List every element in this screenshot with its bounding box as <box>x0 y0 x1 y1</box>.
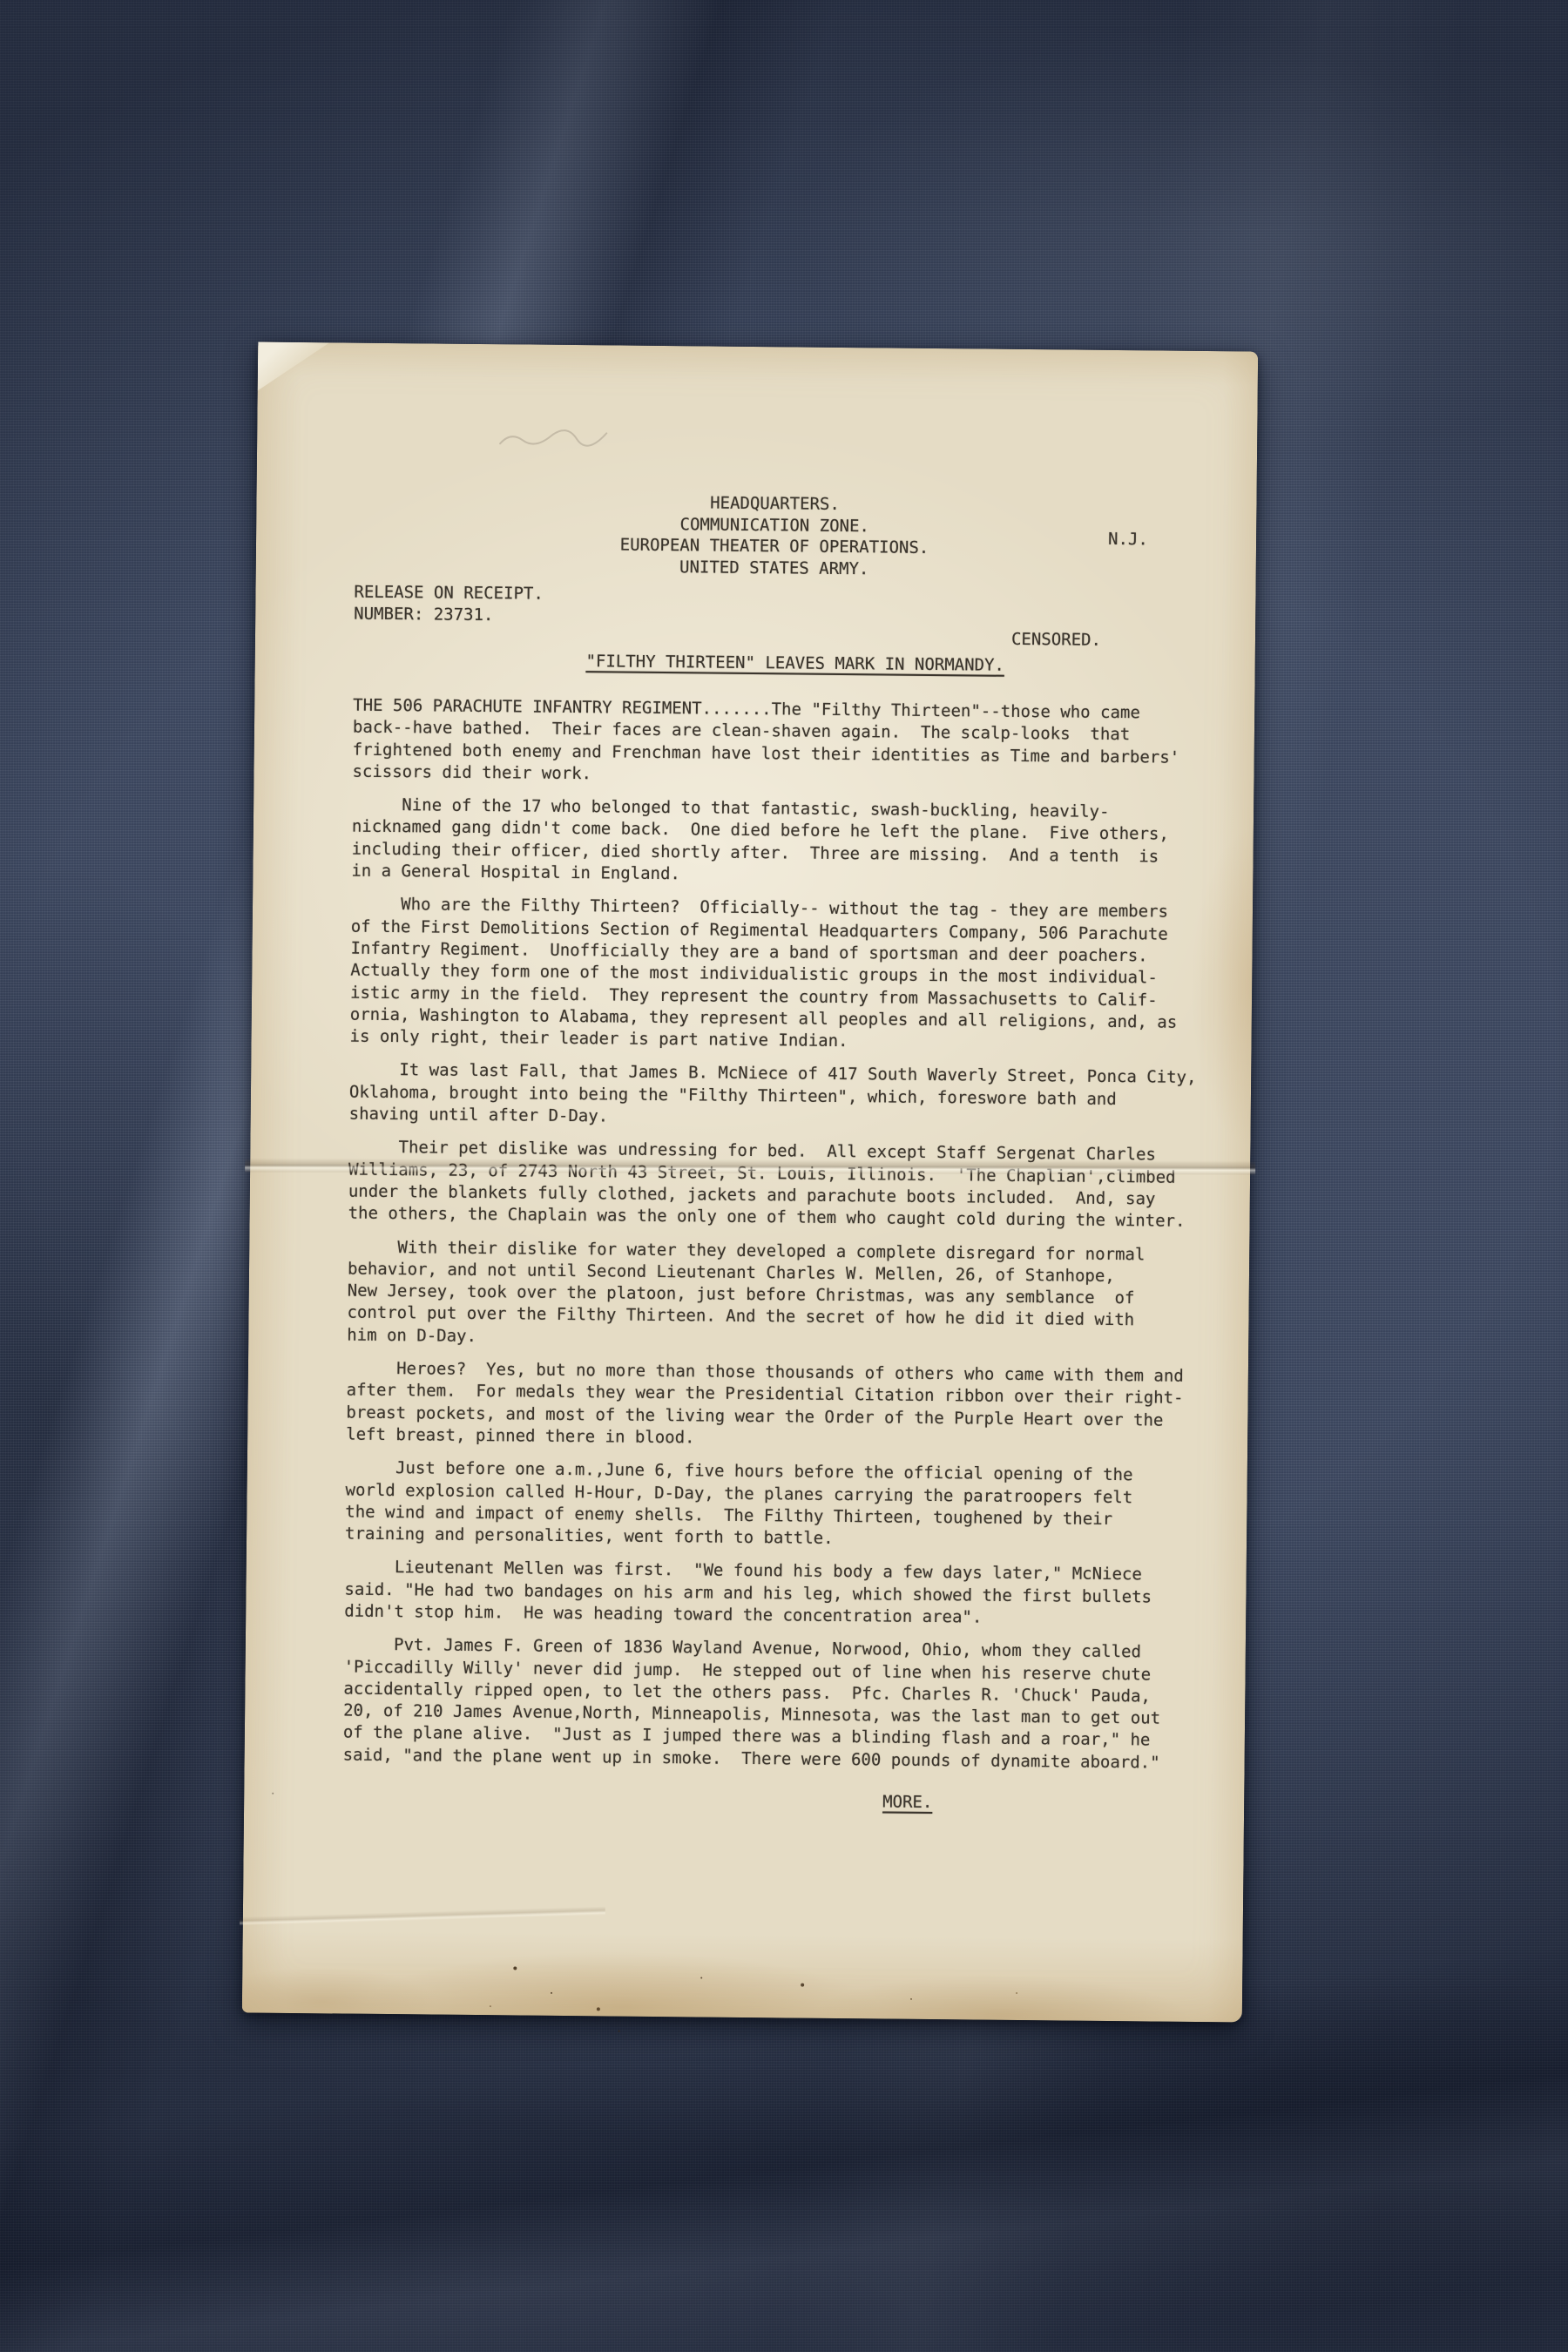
torn-corner <box>258 342 330 392</box>
release-block: RELEASE ON RECEIPT. NUMBER: 23731. <box>354 582 544 626</box>
paragraph-6: With their dislike for water they develo… <box>347 1236 1255 1355</box>
paragraph-8: Just before one a.m.,June 6, five hours … <box>345 1457 1254 1554</box>
paragraph-9: Lieutenant Mellen was first. "We found h… <box>344 1557 1253 1632</box>
foxing-specks <box>513 1966 517 1970</box>
paragraph-10: Pvt. James F. Green of 1836 Wayland Aven… <box>343 1634 1252 1775</box>
censored-mark: CENSORED. <box>1011 630 1101 650</box>
state-note: N.J. <box>1108 530 1148 549</box>
paragraph-7: Heroes? Yes, but no more than those thou… <box>346 1358 1254 1455</box>
right-stain <box>1111 803 1254 1171</box>
more-marker: MORE. <box>882 1792 932 1815</box>
release-on-receipt: RELEASE ON RECEIPT. <box>354 582 544 605</box>
release-number: NUMBER: 23731. <box>354 603 544 626</box>
pencil-mark <box>497 424 627 453</box>
document-page: HEADQUARTERS. COMMUNICATION ZONE. EUROPE… <box>242 342 1258 2023</box>
bottom-stain <box>242 1890 1243 2022</box>
fold-crease <box>245 1158 1255 1174</box>
headline: "FILTHY THIRTEEN" LEAVES MARK IN NORMAND… <box>308 649 1283 678</box>
paragraph-1: THE 506 PARACHUTE INFANTRY REGIMENT.....… <box>352 695 1260 792</box>
photo-scene: HEADQUARTERS. COMMUNICATION ZONE. EUROPE… <box>0 0 1568 2352</box>
